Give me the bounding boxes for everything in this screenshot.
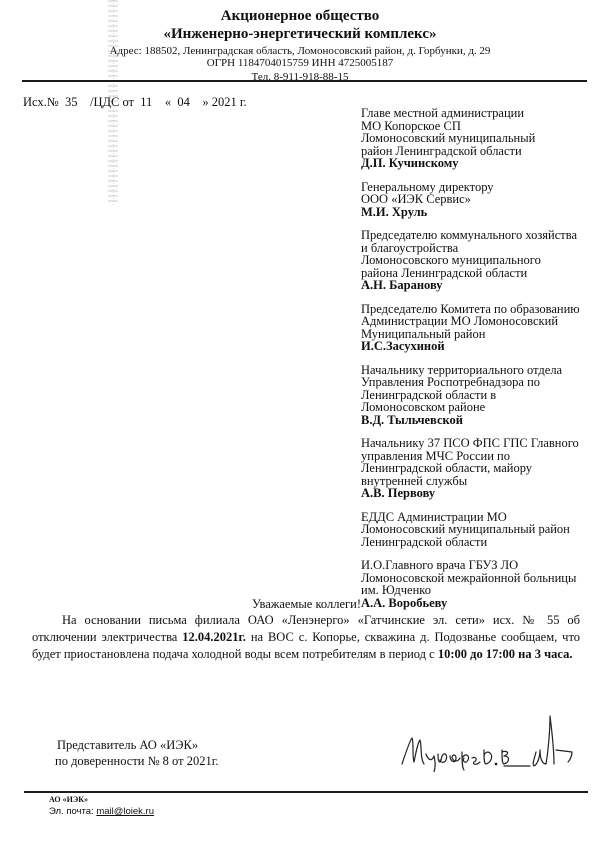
outgoing-reference: Исх.№ 35 /ЦДС от 11 « 04 » 2021 г. — [23, 95, 247, 110]
signer-block: Представитель АО «ИЭК» по доверенности №… — [57, 737, 219, 769]
recipient-title-line: Ломоносовский муниципальный район — [361, 523, 601, 536]
footer-email-line: Эл. почта: mail@loiek.ru — [49, 806, 154, 818]
recipient-title-line: Ломоносовском районе — [361, 401, 601, 414]
org-name: «Инженерно-энергетический комплекс» — [100, 25, 500, 43]
greeting: Уважаемые коллеги! — [0, 597, 603, 612]
recipient-title-line: им. Юдченко — [361, 584, 601, 597]
recipient-block: ЕДДС Администрации МОЛомоносовский муниц… — [361, 511, 601, 549]
footer-email-link[interactable]: mail@loiek.ru — [96, 806, 154, 817]
recipient-title-line: Ломоносовского муниципального — [361, 254, 601, 267]
recipient-block: Начальнику 37 ПСО ФПС ГПС Главногоуправл… — [361, 437, 601, 500]
recipient-title-line: ООО «ИЭК Сервис» — [361, 193, 601, 206]
footer-divider — [24, 791, 588, 793]
recipient-title-line: Управления Роспотребнадзора по — [361, 376, 601, 389]
signer-role: Представитель АО «ИЭК» — [57, 738, 198, 752]
recipient-title-line: Ленинградской области, майору — [361, 462, 601, 475]
outgoing-suffix: /ЦДС от — [90, 95, 134, 109]
recipient-name: А.Н. Баранову — [361, 279, 601, 292]
recipient-title-line: Администрации МО Ломоносовский — [361, 315, 601, 328]
outgoing-prefix: Исх.№ — [23, 95, 59, 109]
org-address: Адрес: 188502, Ленинградская область, Ло… — [100, 45, 500, 57]
recipient-name: В.Д. Тыльчевской — [361, 414, 601, 427]
recipient-block: Главе местной администрацииМО Копорское … — [361, 107, 601, 170]
recipient-title-line: Председателю коммунального хозяйства — [361, 229, 601, 242]
outgoing-year: 2021 г. — [212, 95, 247, 109]
time-period: 10:00 до 17:00 на 3 часа. — [438, 647, 573, 661]
letterhead: Акционерное общество «Инженерно-энергети… — [100, 8, 500, 83]
recipient-name: И.С.Засухиной — [361, 340, 601, 353]
footer-email-label: Эл. почта: — [49, 806, 96, 817]
letter-body: На основании письма филиала ОАО «Ленэнер… — [32, 612, 580, 663]
recipient-title-line: И.О.Главного врача ГБУЗ ЛО — [361, 559, 601, 572]
recipient-name: М.И. Хруль — [361, 206, 601, 219]
outgoing-number: 35 — [65, 95, 78, 109]
footer: АО «ИЭК» Эл. почта: mail@loiek.ru — [49, 794, 154, 818]
org-type: Акционерное общество — [100, 8, 500, 25]
footer-company: АО «ИЭК» — [49, 794, 154, 806]
recipient-title-line: Главе местной администрации — [361, 107, 601, 120]
recipient-name: А.В. Первову — [361, 487, 601, 500]
recipient-title-line: Начальнику 37 ПСО ФПС ГПС Главного — [361, 437, 601, 450]
recipient-title-line: Ленинградской области — [361, 536, 601, 549]
signer-authority: по доверенности № 8 от 2021г. — [55, 753, 219, 769]
outage-date: 12.04.2021г. — [182, 630, 246, 644]
recipient-block: Председателю Комитета по образованиюАдми… — [361, 303, 601, 353]
recipients-block: Главе местной администрацииМО Копорское … — [361, 107, 601, 620]
handwritten-signature: Мурафа Д.В. — [400, 712, 580, 772]
header-divider — [22, 80, 587, 82]
recipient-block: Начальнику территориального отделаУправл… — [361, 364, 601, 427]
recipient-title-line: Ломоносовский муниципальный — [361, 132, 601, 145]
recipient-block: Генеральному директоруООО «ИЭК Сервис»М.… — [361, 181, 601, 219]
org-ogrn-inn: ОГРН 1184704015759 ИНН 4725005187 — [100, 57, 500, 69]
recipient-block: Председателю коммунального хозяйстваи бл… — [361, 229, 601, 292]
outgoing-month: 04 — [177, 95, 190, 109]
recipient-name: Д.П. Кучинскому — [361, 157, 601, 170]
outgoing-day: 11 — [140, 95, 152, 109]
